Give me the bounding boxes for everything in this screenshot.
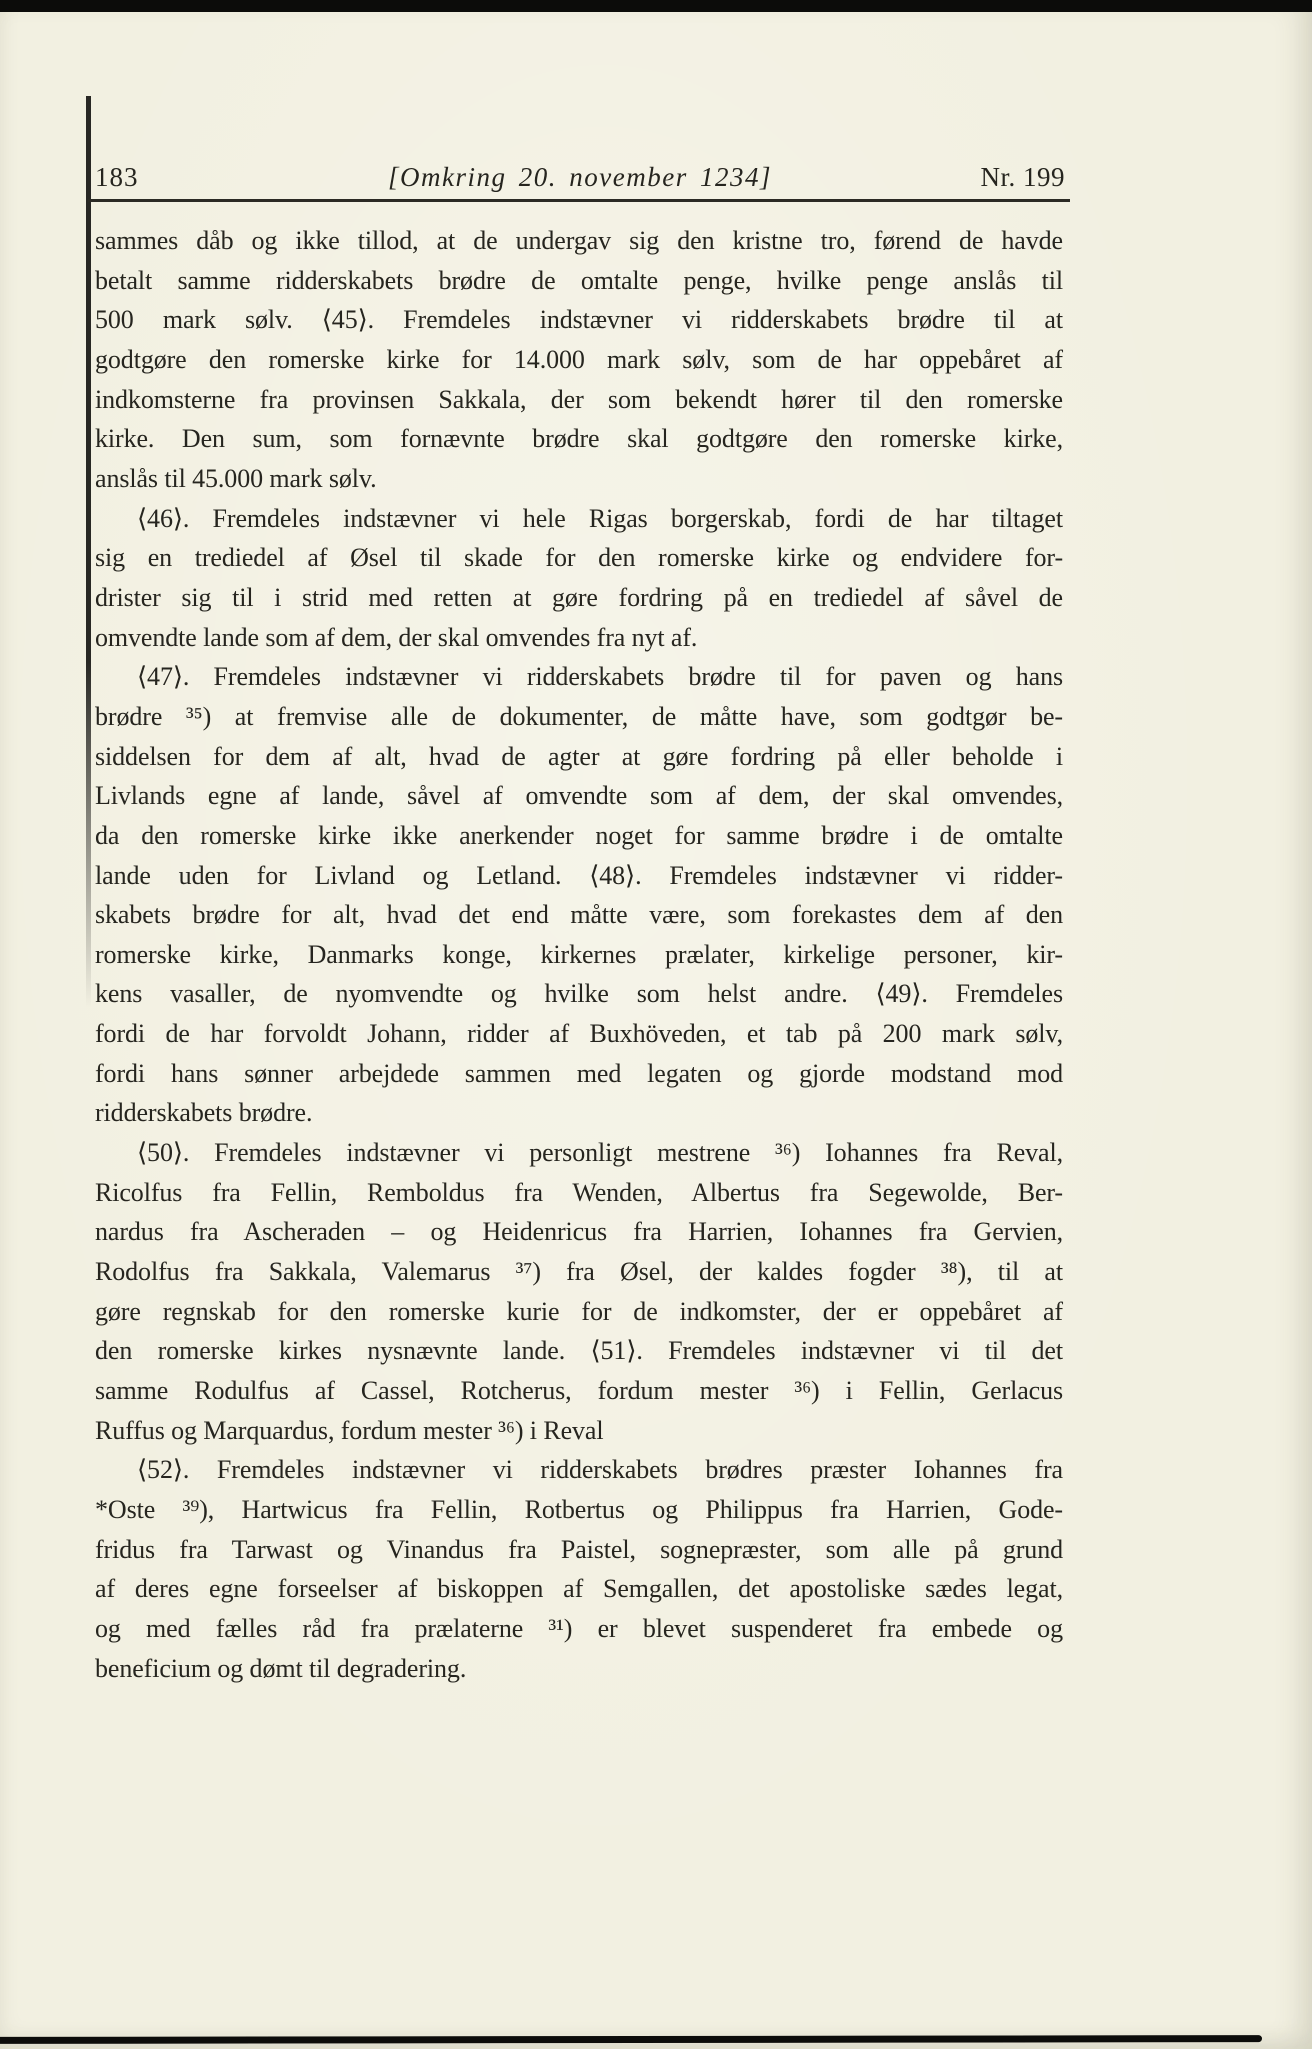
text-line: omvendte lande som af dem, der skal omve… xyxy=(95,618,1063,658)
paragraph: ⟨52⟩. Fremdeles indstævner vi ridderskab… xyxy=(95,1450,1063,1688)
paragraph: ⟨46⟩. Fremdeles indstævner vi hele Rigas… xyxy=(95,499,1063,658)
text-line: kens vasaller, de nyomvendte og hvilke s… xyxy=(95,974,1063,1014)
header-rule xyxy=(88,199,1070,202)
text-line: brødre ³⁵) at fremvise alle de dokumente… xyxy=(95,697,1063,737)
text-line: ridderskabets brødre. xyxy=(95,1093,1063,1133)
scan-edge-top xyxy=(0,0,1312,12)
text-block: sammes dåb og ikke tillod, at de underga… xyxy=(95,221,1063,1688)
text-line: betalt samme ridderskabets brødre de omt… xyxy=(95,261,1063,301)
book-page: 183 [Omkring 20. november 1234] Nr. 199 … xyxy=(0,0,1312,2049)
text-line: ⟨46⟩. Fremdeles indstævner vi hele Rigas… xyxy=(95,499,1063,539)
text-line: fridus fra Tarwast og Vinandus fra Paist… xyxy=(95,1530,1063,1570)
text-line: Ricolfus fra Fellin, Remboldus fra Wende… xyxy=(95,1173,1063,1213)
text-line: indkomsterne fra provinsen Sakkala, der … xyxy=(95,380,1063,420)
paragraph: sammes dåb og ikke tillod, at de underga… xyxy=(95,221,1063,499)
text-line: Ruffus og Marquardus, fordum mester ³⁶) … xyxy=(95,1411,1063,1451)
text-line: ⟨52⟩. Fremdeles indstævner vi ridderskab… xyxy=(95,1450,1063,1490)
text-line: romerske kirke, Danmarks konge, kirkerne… xyxy=(95,935,1063,975)
text-line: da den romerske kirke ikke anerkender no… xyxy=(95,816,1063,856)
text-line: kirke. Den sum, som fornævnte brødre ska… xyxy=(95,419,1063,459)
text-line: ⟨50⟩. Fremdeles indstævner vi personligt… xyxy=(95,1133,1063,1173)
text-line: 500 mark sølv. ⟨45⟩. Fremdeles indstævne… xyxy=(95,300,1063,340)
text-line: sig en trediedel af Øsel til skade for d… xyxy=(95,538,1063,578)
text-line: skabets brødre for alt, hvad det end måt… xyxy=(95,895,1063,935)
text-line: Rodolfus fra Sakkala, Valemarus ³⁷) fra … xyxy=(95,1252,1063,1292)
text-line: anslås til 45.000 mark sølv. xyxy=(95,459,1063,499)
text-line: *Oste ³⁹), Hartwicus fra Fellin, Rotbert… xyxy=(95,1490,1063,1530)
text-line: drister sig til i strid med retten at gø… xyxy=(95,578,1063,618)
paragraph: ⟨47⟩. Fremdeles indstævner vi ridderskab… xyxy=(95,657,1063,1133)
paragraph: ⟨50⟩. Fremdeles indstævner vi personligt… xyxy=(95,1133,1063,1450)
text-line: gøre regnskab for den romerske kurie for… xyxy=(95,1292,1063,1332)
text-line: den romerske kirkes nysnævnte lande. ⟨51… xyxy=(95,1331,1063,1371)
date-heading: [Omkring 20. november 1234] xyxy=(95,160,1065,194)
text-line: sammes dåb og ikke tillod, at de underga… xyxy=(95,221,1063,261)
text-line: ⟨47⟩. Fremdeles indstævner vi ridderskab… xyxy=(95,657,1063,697)
text-line: Livlands egne af lande, såvel af omvendt… xyxy=(95,776,1063,816)
scan-artifact-line xyxy=(86,96,91,1008)
page-header: 183 [Omkring 20. november 1234] Nr. 199 xyxy=(95,160,1065,198)
scan-edge-bottom xyxy=(0,2035,1262,2044)
text-line: lande uden for Livland og Letland. ⟨48⟩.… xyxy=(95,856,1063,896)
text-line: beneficium og dømt til degradering. xyxy=(95,1649,1063,1689)
text-line: samme Rodulfus af Cassel, Rotcherus, for… xyxy=(95,1371,1063,1411)
text-line: siddelsen for dem af alt, hvad de agter … xyxy=(95,737,1063,777)
text-line: nardus fra Ascheraden – og Heidenricus f… xyxy=(95,1212,1063,1252)
text-line: og med fælles råd fra prælaterne ³¹) er … xyxy=(95,1609,1063,1649)
text-line: af deres egne forseelser af biskoppen af… xyxy=(95,1569,1063,1609)
text-line: fordi de har forvoldt Johann, ridder af … xyxy=(95,1014,1063,1054)
text-line: godtgøre den romerske kirke for 14.000 m… xyxy=(95,340,1063,380)
text-line: fordi hans sønner arbejdede sammen med l… xyxy=(95,1054,1063,1094)
